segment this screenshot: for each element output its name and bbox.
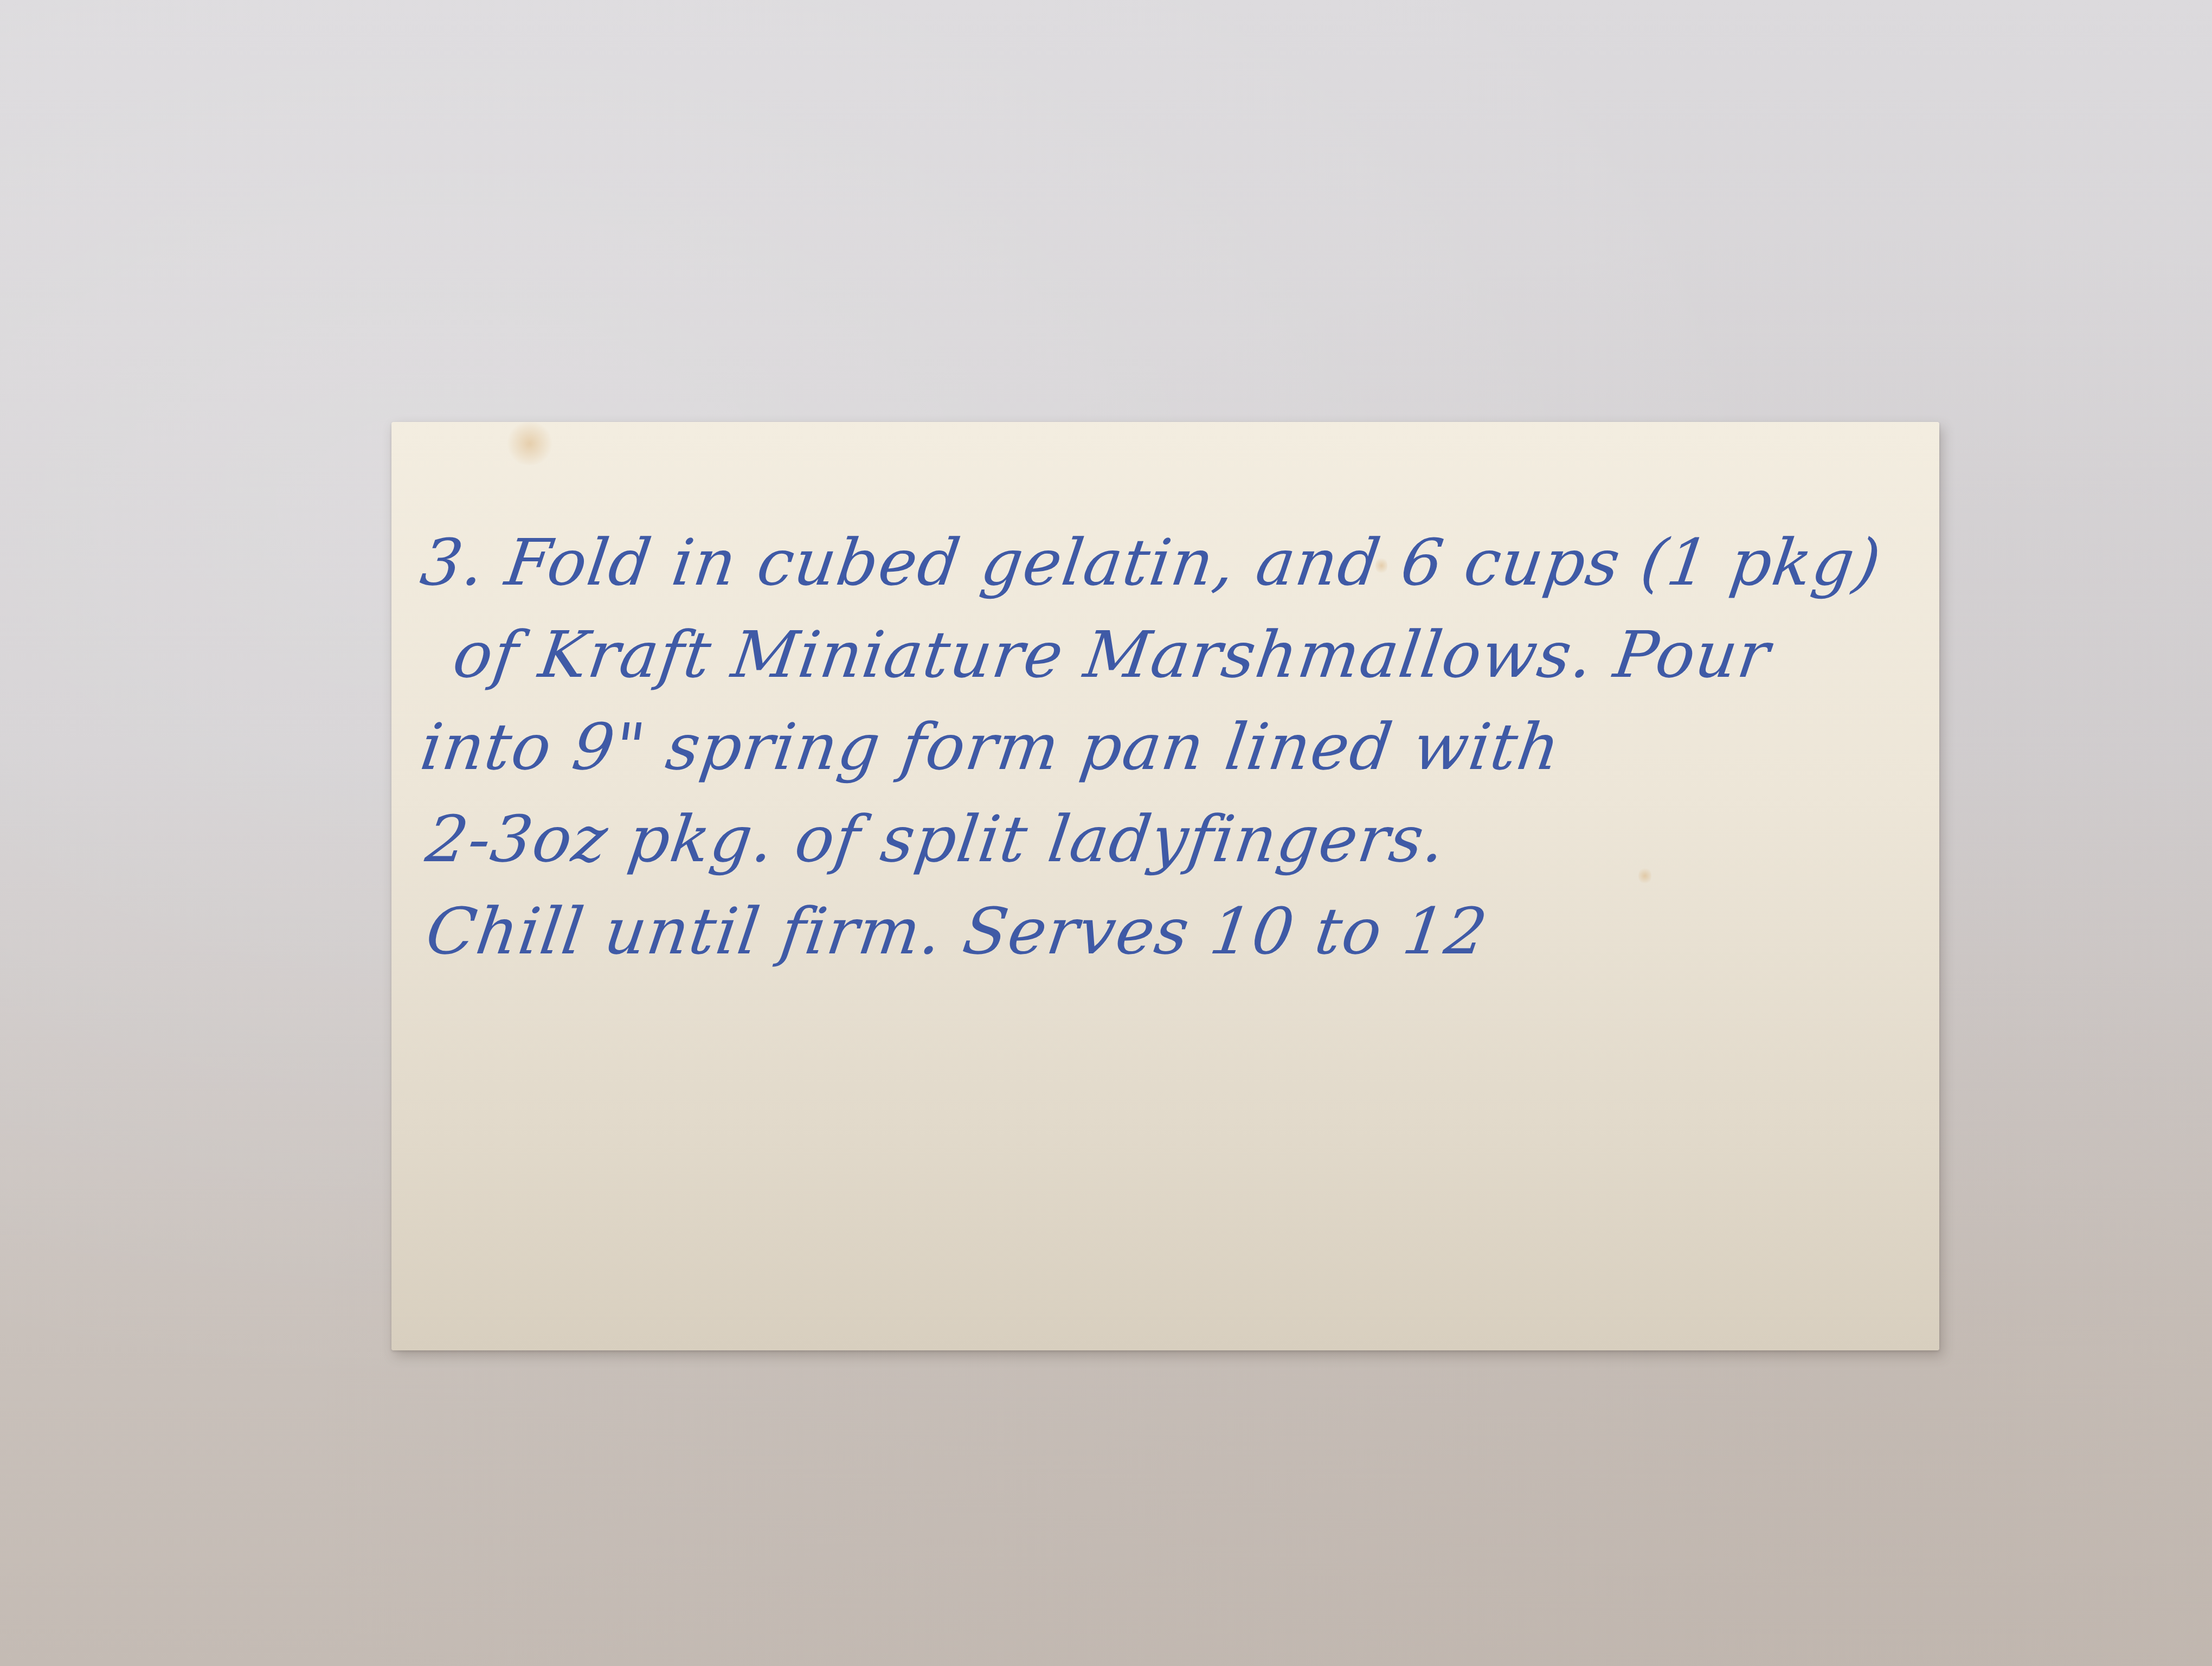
instruction-line: 3. Fold in cubed gelatin, and 6 cups (1 … [413, 530, 1933, 623]
recipe-card: 3. Fold in cubed gelatin, and 6 cups (1 … [391, 422, 1939, 1350]
age-stain [505, 422, 554, 465]
instruction-line: Chill until firm. Serves 10 to 12 [419, 899, 1933, 991]
instruction-line: into 9" spring form pan lined with [413, 715, 1933, 807]
handwritten-instructions: 3. Fold in cubed gelatin, and 6 cups (1 … [413, 530, 1920, 991]
instruction-line: 2-3oz pkg. of split ladyfingers. [419, 807, 1933, 899]
instruction-line: of Kraft Miniature Marshmallows. Pour [446, 623, 1933, 715]
